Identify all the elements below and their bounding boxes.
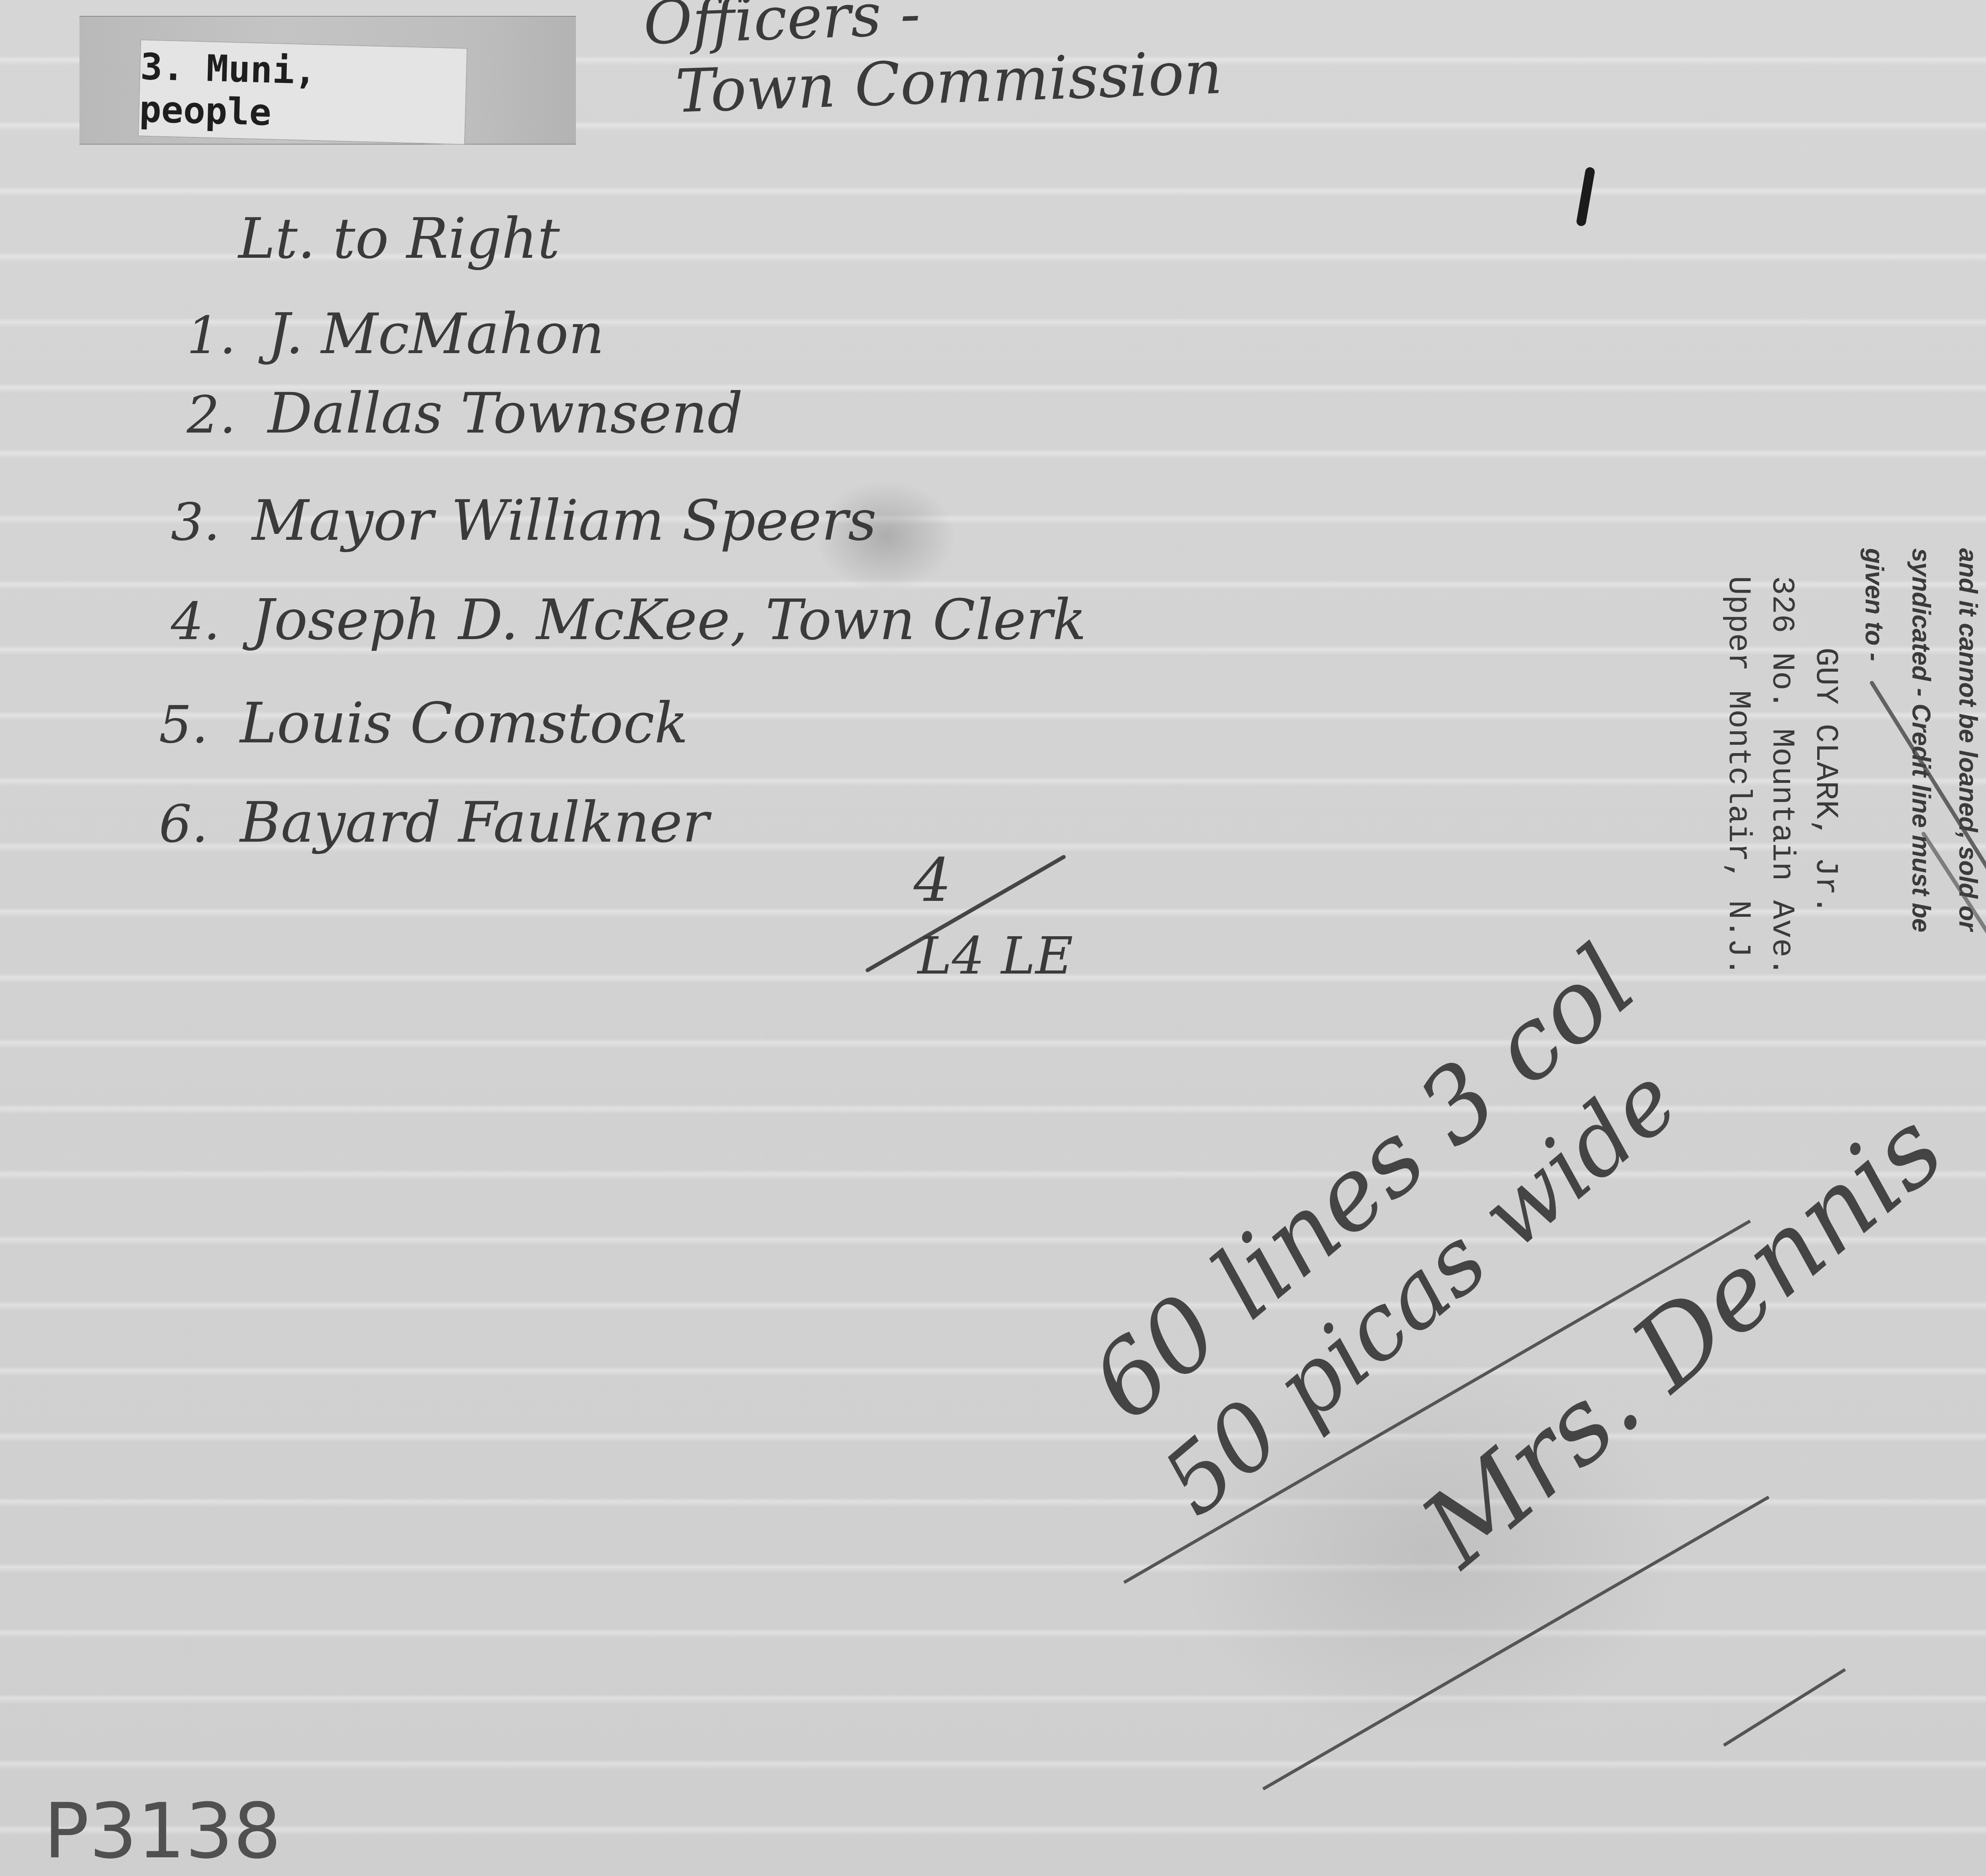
list-item-name: Louis Comstock	[240, 691, 688, 756]
list-item: 4. Joseph D. McKee, Town Clerk	[171, 588, 1086, 653]
list-item-number: 6.	[159, 794, 208, 854]
list-item-number: 5.	[159, 694, 208, 755]
list-item-name: Bayard Faulkner	[240, 790, 709, 855]
stamp-notice-line: syndicated - Credit line must be	[1898, 548, 1945, 1065]
list-item-number: 3.	[171, 492, 220, 552]
list-subtitle: Lt. to Right	[238, 207, 560, 271]
fraction-bottom: L4 LE	[918, 925, 1073, 986]
list-item-name: Dallas Townsend	[268, 381, 743, 446]
stamp-address-street: 326 No. Mountain Ave.	[1760, 548, 1803, 1065]
fraction-mark: 4 L4 LE	[862, 846, 1084, 1013]
catalog-number: P3138	[44, 1787, 281, 1875]
heading-officers: Officers -	[642, 0, 922, 58]
list-item: 2. Dallas Townsend	[187, 381, 743, 446]
photographer-stamp: This Photograph is sold for your exclusi…	[1688, 548, 1986, 1065]
pencil-note-name: Mrs. Dennis	[1401, 1088, 1965, 1590]
fraction-top: 4	[914, 846, 951, 915]
list-item-name: Joseph D. McKee, Town Clerk	[252, 588, 1086, 653]
list-item-number: 1.	[187, 305, 236, 365]
list-item-number: 4.	[171, 591, 220, 651]
photo-back-document: 3. Muni, people Officers - Town Commissi…	[0, 0, 1986, 1876]
list-item-number: 2.	[187, 384, 236, 445]
list-item: 6. Bayard Faulkner	[159, 790, 709, 855]
list-item: 1. J. McMahon	[187, 302, 605, 367]
stamp-photographer-name: GUY CLARK, Jr.	[1803, 548, 1847, 1065]
stamp-address-city: Upper Montclair, N.J.	[1716, 548, 1760, 1065]
list-item-name: J. McMahon	[268, 302, 604, 367]
ink-mark	[1576, 166, 1596, 227]
category-label-text: 3. Muni, people	[139, 45, 466, 139]
list-item: 5. Louis Comstock	[159, 691, 688, 756]
stamp-notice-line: given to -	[1851, 548, 1898, 1065]
list-item: 3. Mayor William Speers	[171, 489, 877, 553]
list-item-name: Mayor William Speers	[252, 489, 877, 553]
pencil-dash	[1723, 1668, 1846, 1747]
category-label-card: 3. Muni, people	[138, 39, 468, 145]
